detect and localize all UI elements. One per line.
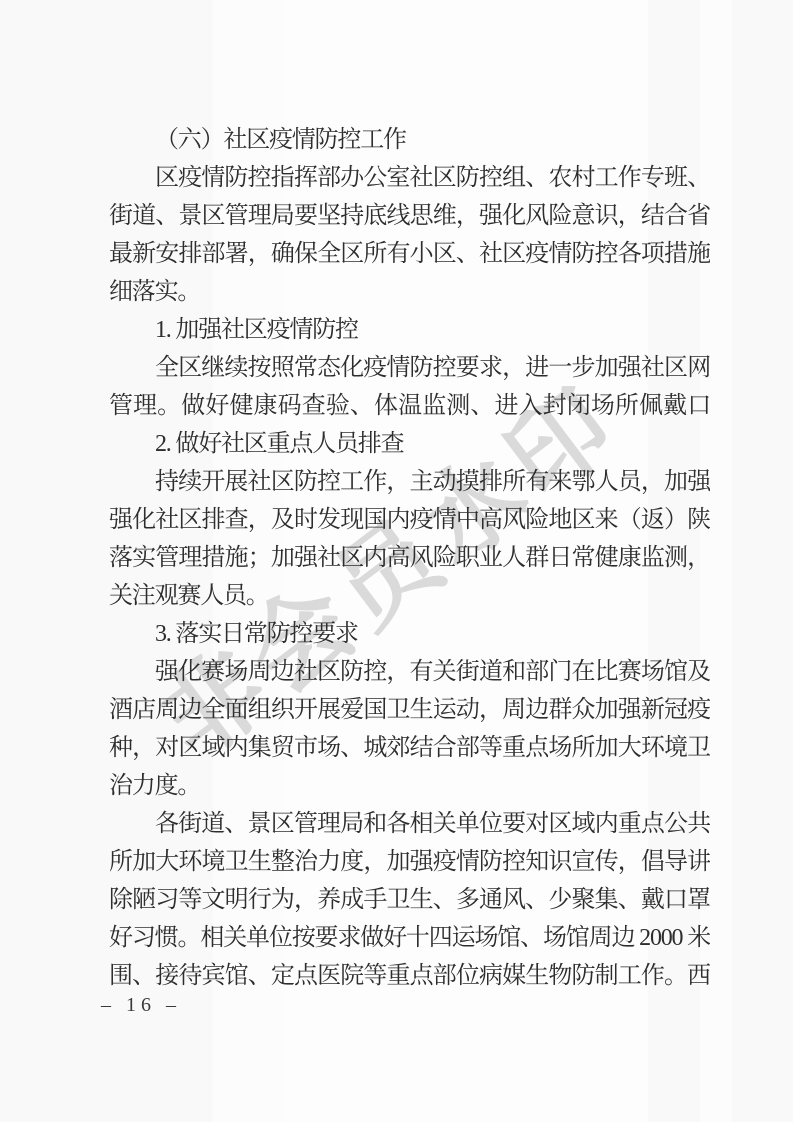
text-line: 各街道、景区管理局和各相关单位要对区域内重点公共场 (109, 805, 710, 843)
document-page: 非会员水印 （六）社区疫情防控工作 区疫情防控指挥部办公室社区防控组、农村工作专… (0, 0, 793, 1122)
text-line: 除陋习等文明行为，养成手卫生、多通风、少聚集、戴口罩的良 (109, 881, 710, 919)
text-line: 全区继续按照常态化疫情防控要求，进一步加强社区网格化 (109, 349, 710, 387)
text-line: 街道、景区管理局要坚持底线思维，强化风险意识，结合省市 (109, 197, 710, 235)
text-line: 区疫情防控指挥部办公室社区防控组、农村工作专班、各 (109, 159, 710, 197)
text-line: 强化赛场周边社区防控，有关街道和部门在比赛场馆及接待 (109, 653, 710, 691)
text-line: 强化社区排查，及时发现国内疫情中高风险地区来（返）陕人员， (109, 501, 710, 539)
text-line: 细落实。 (109, 273, 710, 311)
text-line: 围、接待宾馆、定点医院等重点部位病媒生物防制工作。西户高 (109, 957, 710, 995)
subsection-heading: 2. 做好社区重点人员排查 (109, 425, 710, 463)
text-line: 最新安排部署，确保全区所有小区、社区疫情防控各项措施落 (109, 235, 710, 273)
subsection-heading: 1. 加强社区疫情防控 (109, 311, 710, 349)
text-line: 所加大环境卫生整治力度，加强疫情防控知识宣传，倡导讲卫生、 (109, 843, 710, 881)
text-line: 落实管理措施；加强社区内高风险职业人群日常健康监测，重点 (109, 539, 710, 577)
text-line: 治力度。 (109, 767, 710, 805)
section-heading: （六）社区疫情防控工作 (109, 121, 710, 159)
document-body: （六）社区疫情防控工作 区疫情防控指挥部办公室社区防控组、农村工作专班、各 街道… (109, 121, 710, 995)
text-line: 种，对区域内集贸市场、城郊结合部等重点场所加大环境卫生整 (109, 729, 710, 767)
text-line: 好习惯。相关单位按要求做好十四运场馆、场馆周边 2000 米范 (109, 919, 710, 957)
page-number: – 16 – (101, 994, 181, 1017)
text-line: 管理。做好健康码查验、体温监测、进入封闭场所佩戴口罩。 (109, 387, 710, 425)
text-line: 关注观赛人员。 (109, 577, 710, 615)
text-line: 持续开展社区防控工作，主动摸排所有来鄂人员，加强管理； (109, 463, 710, 501)
subsection-heading: 3. 落实日常防控要求 (109, 615, 710, 653)
text-line: 酒店周边全面组织开展爱国卫生运动，周边群众加强新冠疫苗接 (109, 691, 710, 729)
